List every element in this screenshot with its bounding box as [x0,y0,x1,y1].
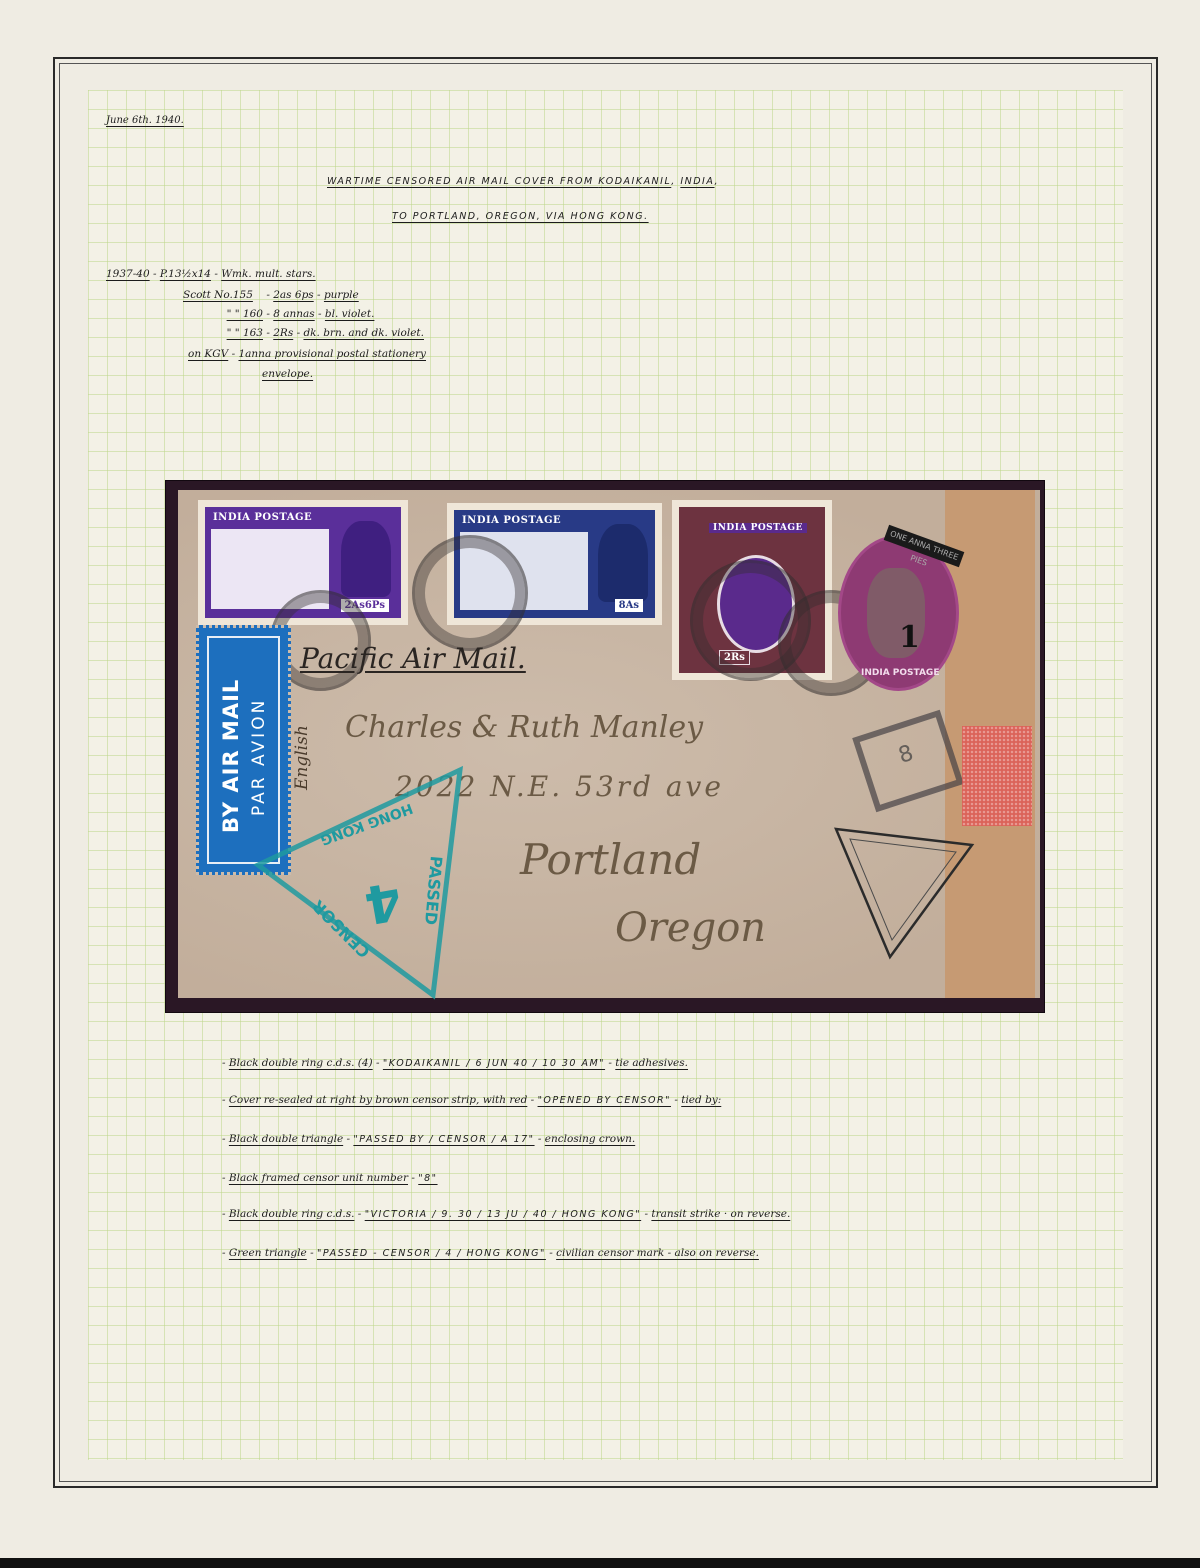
scott-number: " " 160 [183,308,263,320]
stamp-color: purple [324,289,359,301]
note-item: - Black framed censor unit number - "8" [222,1172,438,1184]
issue-years: 1937-40 [106,268,150,280]
note-tail: tie adhesives. [615,1057,688,1069]
note-dash: - [222,1247,229,1259]
note-label: Cover re-sealed at right by brown censor… [229,1094,527,1106]
note-label: Green triangle [229,1247,307,1259]
watermark: Wmk. mult. stars. [221,268,315,280]
green-censor-triangle: HONG KONG 4 CENSOR PASSED [250,760,470,1000]
note-tail: tied by: [681,1094,721,1106]
description-line-1: 1937-40 - P.13½x14 - Wmk. mult. stars. [106,268,316,280]
note-separator: - [373,1057,383,1069]
note-separator: - [354,1208,364,1220]
note-dash: - [222,1208,229,1220]
stamp-row-3: " " 163 - 2Rs - dk. brn. and dk. violet. [183,327,424,339]
base-description-cont: envelope. [262,368,313,380]
king-portrait [598,524,648,602]
note-separator: - [546,1247,556,1259]
green-censor-number: 4 [360,869,406,934]
bottom-edge [0,1558,1200,1568]
stamp-label: INDIA POSTAGE [709,523,807,533]
note-quote: "PASSED - CENSOR / 4 / HONG KONG" [317,1248,546,1259]
note-item: - Black double triangle - "PASSED BY / C… [222,1133,635,1145]
note-separator: - [307,1247,317,1259]
stamp-row-1: Scott No.155 - 2as 6ps - purple [183,289,359,301]
postmark-kodaikanil [412,535,528,651]
stamp-color: bl. violet. [325,308,375,320]
note-quote: "OPENED BY CENSOR" [538,1095,671,1106]
green-censor-top-text: HONG KONG [318,800,415,848]
address-line-state: Oregon [615,905,766,951]
note-separator: - [343,1133,353,1145]
stamp-value: 2as 6ps [273,289,313,301]
title-place: KODAIKANIL [598,176,671,187]
base-label: on KGV [188,348,228,360]
green-censor-left-text: CENSOR [308,896,373,961]
surcharge: 1 [899,620,920,655]
address-line-city: Portland [520,835,701,884]
note-dash: - [222,1057,229,1069]
base-description: 1anna provisional postal stationery [238,348,426,360]
page-title-line1: WARTIME CENSORED AIR MAIL COVER FROM KOD… [327,176,719,187]
stamp-label: INDIA POSTAGE [213,512,312,523]
route-annotation: Pacific Air Mail. [300,642,526,675]
perforation: P.13½x14 [160,268,211,280]
title-country: INDIA [680,176,714,187]
note-separator: - [605,1057,615,1069]
note-tail: civilian censor mark - also on reverse. [556,1247,759,1259]
note-separator: - [408,1172,418,1184]
title-part: WARTIME CENSORED AIR MAIL COVER FROM [327,176,598,187]
note-label: Black double triangle [229,1133,343,1145]
note-label: Black framed censor unit number [229,1172,408,1184]
opened-by-censor-seal [962,726,1032,826]
black-censor-triangle [832,825,982,965]
note-item: - Cover re-sealed at right by brown cens… [222,1094,721,1106]
note-label: Black double ring c.d.s. [229,1208,355,1220]
page-title-line2: TO PORTLAND, OREGON, VIA HONG KONG. [392,211,649,222]
note-item: - Green triangle - "PASSED - CENSOR / 4 … [222,1247,759,1259]
note-quote: "VICTORIA / 9. 30 / 13 JU / 40 / HONG KO… [365,1209,641,1220]
king-portrait [341,521,391,597]
note-quote: "KODAIKANIL / 6 JUN 40 / 10 30 AM" [383,1058,605,1069]
note-separator: - [641,1208,651,1220]
note-tail: transit strike · on reverse. [651,1208,790,1220]
note-dash: - [222,1133,229,1145]
note-tail: enclosing crown. [545,1133,635,1145]
title-sep: , [671,176,680,187]
note-separator: - [671,1094,681,1106]
stamp-denomination: 8As [615,599,643,612]
stamp-row-2: " " 160 - 8 annas - bl. violet. [183,308,374,320]
note-separator: - [535,1133,545,1145]
note-separator: - [527,1094,537,1106]
airmail-label-english: BY AIR MAIL [219,679,243,833]
note-label: Black double ring c.d.s. (4) [229,1057,373,1069]
note-quote: "8" [418,1173,437,1184]
stamp-value: 2Rs [273,327,293,339]
stationery-bottom-text: INDIA POSTAGE [861,668,939,678]
address-line-name: Charles & Ruth Manley [345,710,703,745]
note-dash: - [222,1094,229,1106]
scott-number: Scott No.155 [183,289,263,301]
note-item: - Black double ring c.d.s. - "VICTORIA /… [222,1208,790,1220]
stamp-label: INDIA POSTAGE [462,515,561,526]
base-envelope-line: on KGV - 1anna provisional postal statio… [188,348,426,360]
page-date: June 6th. 1940. [106,115,184,126]
title-end: , [715,176,720,187]
note-dash: - [222,1172,229,1184]
stamp-value: 8 annas [273,308,314,320]
stamp-color: dk. brn. and dk. violet. [303,327,424,339]
note-quote: "PASSED BY / CENSOR / A 17" [353,1134,534,1145]
scott-number: " " 163 [183,327,263,339]
note-item: - Black double ring c.d.s. (4) - "KODAIK… [222,1057,688,1069]
